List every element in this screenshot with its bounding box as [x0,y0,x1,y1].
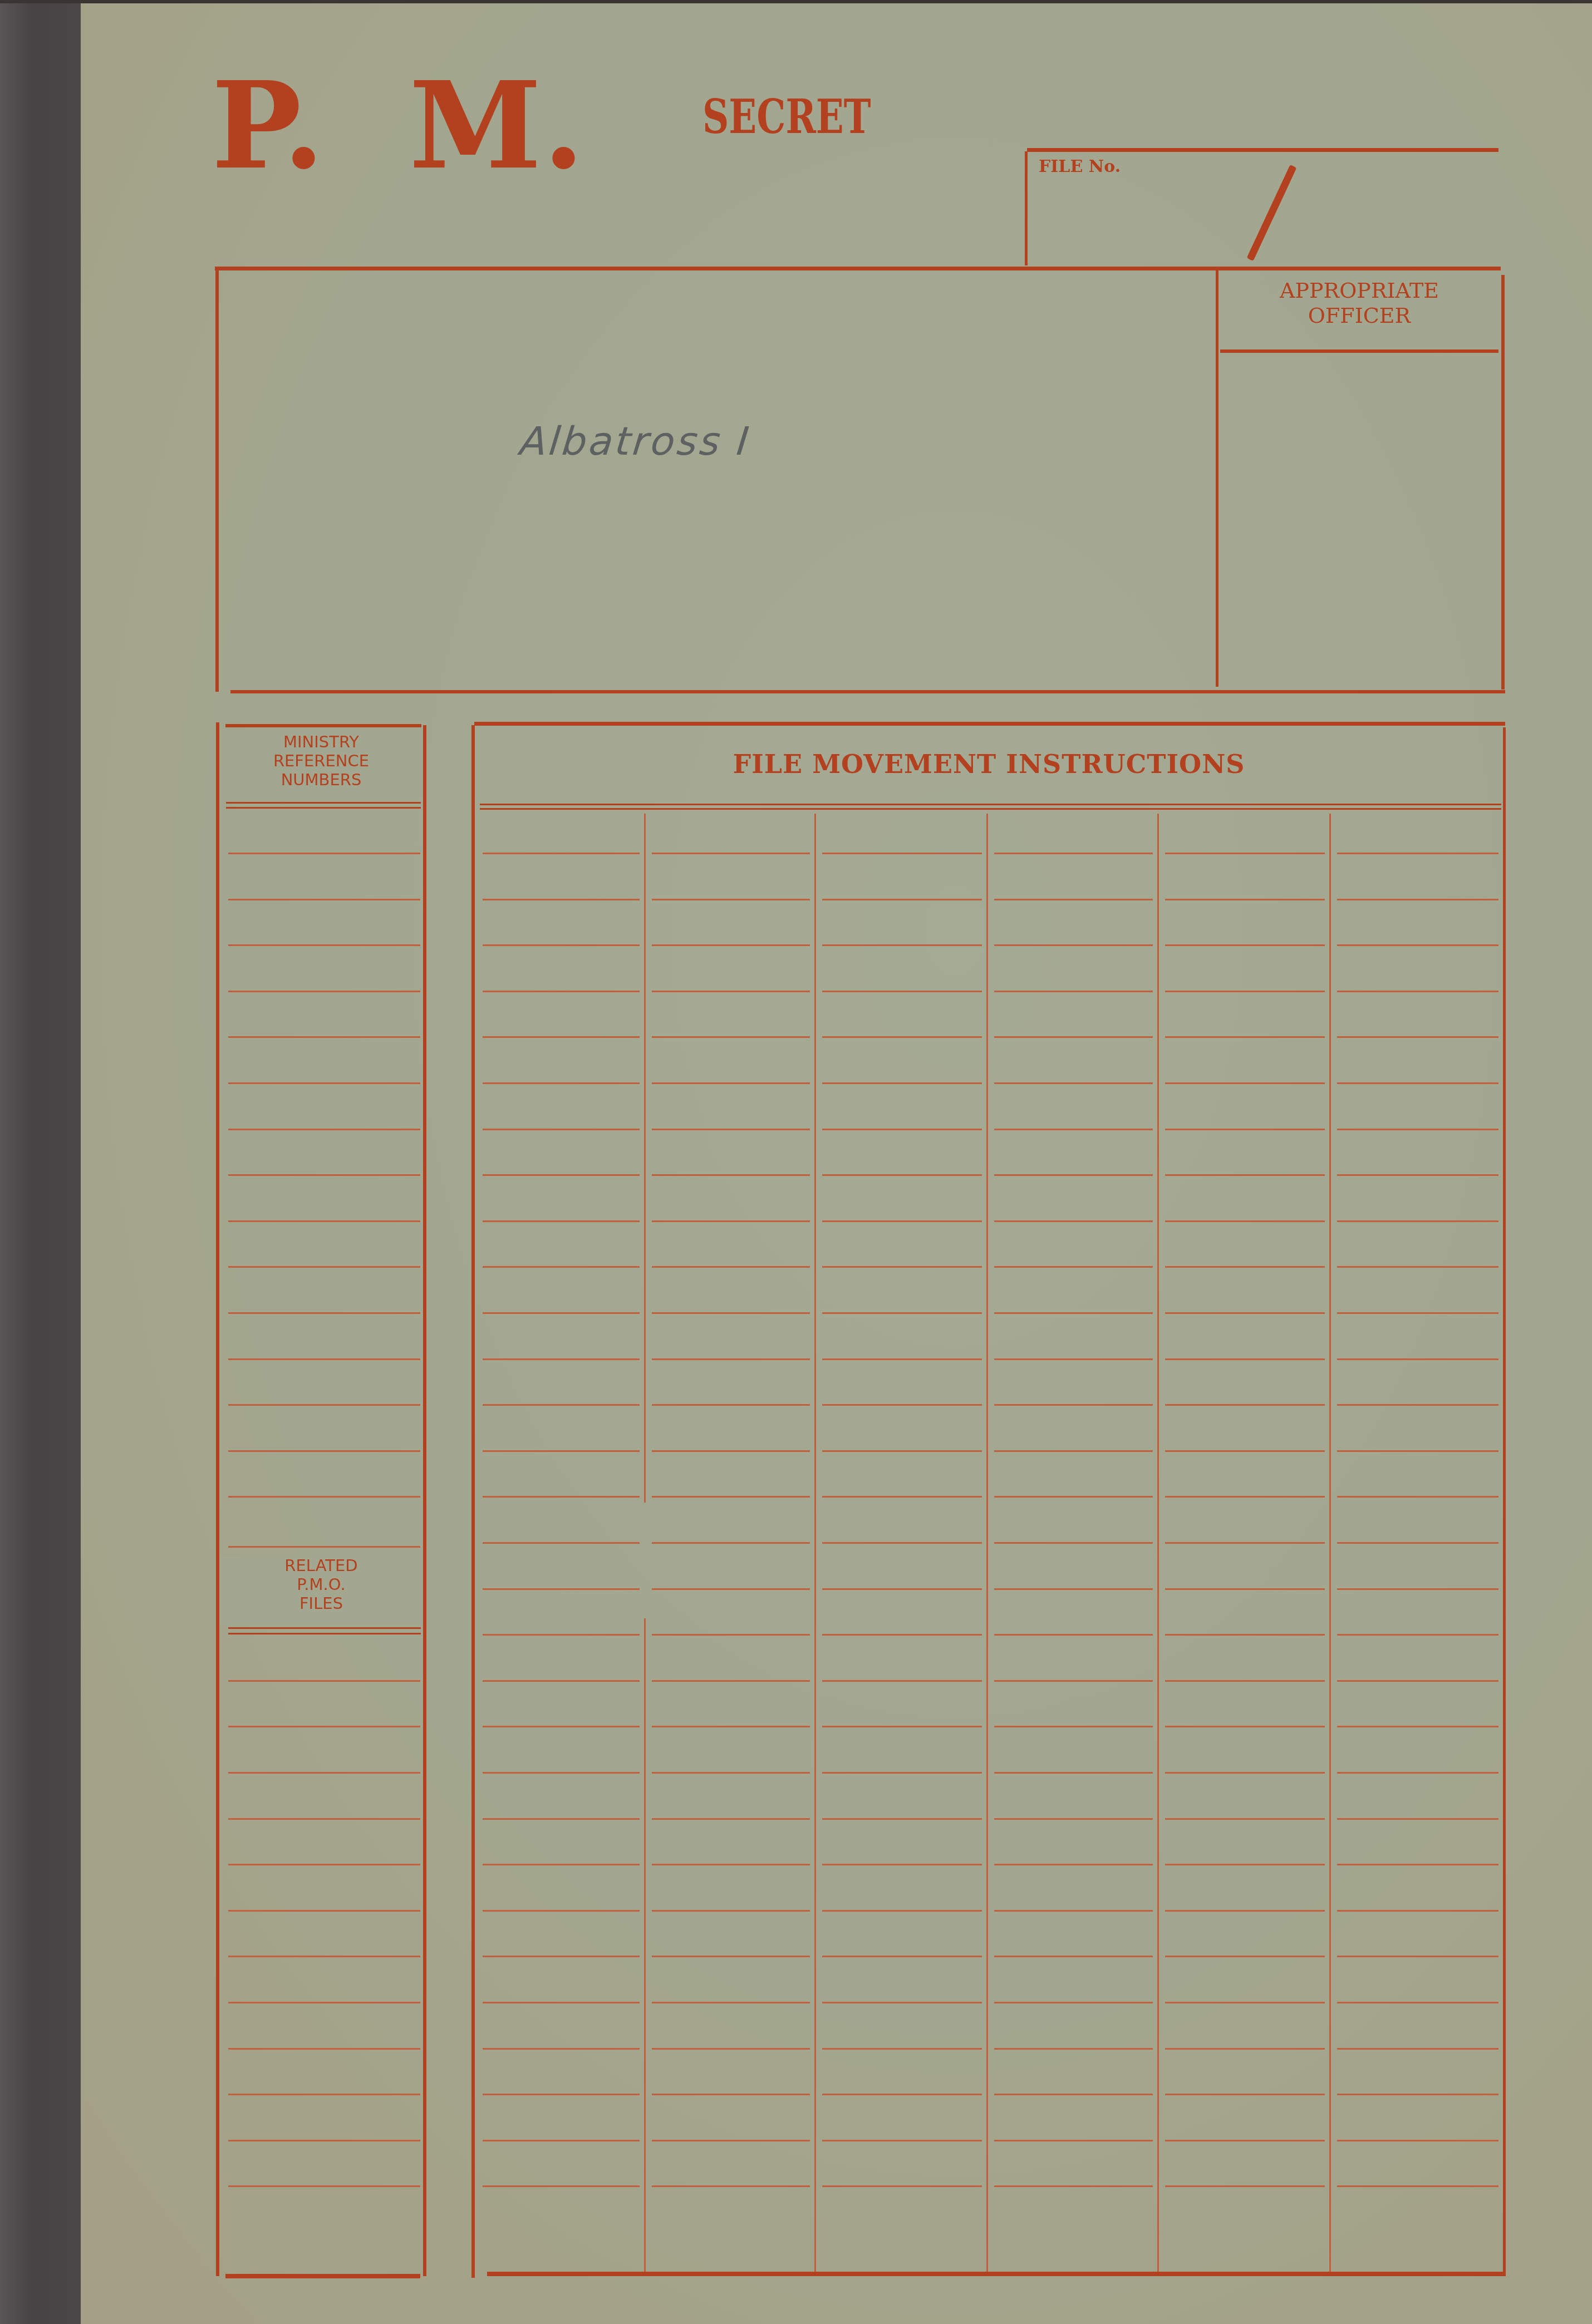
movement-entry-cell[interactable] [818,1774,985,1818]
movement-row-rule [1337,2185,1498,2187]
movement-entry-cell[interactable] [818,1591,985,1634]
movement-entry-cell[interactable] [478,2004,643,2047]
movement-entry-cell[interactable] [1333,1591,1502,1634]
movement-entry-cell[interactable] [1333,2050,1502,2094]
ministry-label-line3: NUMBERS [219,770,423,789]
movement-entry-cell[interactable] [478,1958,643,2001]
movement-entry-cell[interactable] [1333,1728,1502,1771]
movement-row-rule [652,1818,810,1820]
movement-row-rule [1165,1266,1325,1268]
movement-row-rule [994,1036,1153,1038]
movement-row-rule [652,853,810,854]
movement-row-rule [1165,1956,1325,1957]
movement-entry-cell[interactable] [1161,1544,1328,1588]
movement-entry-cell[interactable] [647,1038,813,1082]
movement-row-rule [994,899,1153,900]
movement-entry-cell[interactable] [818,1958,985,2001]
movement-row-rule [652,1496,810,1498]
movement-entry-cell[interactable] [1333,2188,1502,2231]
movement-entry-cell[interactable] [647,1268,813,1312]
ministry-row-rule [228,899,420,900]
movement-row-rule [652,1404,810,1406]
movement-row-rule [652,1772,810,1774]
movement-entry-cell[interactable] [818,1314,985,1358]
movement-entry-cell[interactable] [647,1085,813,1128]
ministry-row-rule [228,1772,420,1774]
movement-entry-cell[interactable] [1333,947,1502,990]
movement-entry-cell[interactable] [478,901,643,944]
movement-entry-cell[interactable] [1161,2050,1328,2094]
movement-entry-cell[interactable] [990,1314,1156,1358]
movement-entry-cell[interactable] [647,2188,813,2231]
movement-entry-cell[interactable] [1161,1268,1328,1312]
movement-entry-cell[interactable] [478,1361,643,1404]
movement-row-rule [994,1358,1153,1360]
movement-entry-cell[interactable] [1333,1820,1502,1864]
movement-row-rule [1337,1312,1498,1314]
movement-row-rule [994,1266,1153,1268]
movement-row-rule [1337,1864,1498,1865]
movement-entry-cell[interactable] [1161,2096,1328,2139]
movement-entry-cell[interactable] [1333,1361,1502,1404]
movement-entry-cell[interactable] [818,2004,985,2047]
movement-entry-cell[interactable] [990,2004,1156,2047]
movement-entry-cell[interactable] [818,1085,985,1128]
movement-entry-cell[interactable] [990,1498,1156,1542]
movement-entry-cell[interactable] [990,855,1156,898]
movement-bottom-rule [487,2272,1503,2276]
movement-entry-cell[interactable] [478,1038,643,1082]
movement-row-rule [994,2140,1153,2141]
movement-entry-cell[interactable] [1333,901,1502,944]
ministry-row-rule [228,2185,420,2187]
movement-row-rule [1337,1450,1498,1452]
movement-entry-cell[interactable] [647,2096,813,2139]
movement-entry-cell[interactable] [990,1774,1156,1818]
movement-entry-cell[interactable] [478,1314,643,1358]
movement-entry-cell[interactable] [478,1636,643,1680]
movement-entry-cell[interactable] [1161,2004,1328,2047]
file-number-left-rule [1025,151,1028,265]
movement-entry-cell[interactable] [1333,1682,1502,1726]
movement-row-rule [652,944,810,946]
appropriate-officer-label: APPROPRIATE OFFICER [1220,278,1498,328]
movement-entry-cell[interactable] [990,1636,1156,1680]
movement-entry-cell[interactable] [1161,1728,1328,1771]
movement-entry-cell[interactable] [1333,855,1502,898]
movement-entry-cell[interactable] [647,813,813,851]
movement-row-rule [1337,853,1498,854]
subject-field[interactable] [220,272,1214,689]
movement-entry-cell[interactable] [647,1728,813,1771]
movement-entry-cell[interactable] [818,901,985,944]
ministry-row-rule [228,1220,420,1222]
movement-entry-cell[interactable] [1161,1866,1328,1909]
movement-entry-cell[interactable] [1161,1498,1328,1542]
movement-row-rule [994,1450,1153,1452]
movement-entry-cell[interactable] [1161,1361,1328,1404]
movement-row-rule [1337,899,1498,900]
movement-entry-cell[interactable] [647,855,813,898]
movement-row-rule [1337,2140,1498,2141]
movement-entry-cell[interactable] [818,1544,985,1588]
movement-column-rule [1329,814,1331,2272]
movement-row-rule [1165,1864,1325,1865]
movement-entry-cell[interactable] [647,2004,813,2047]
movement-entry-cell[interactable] [990,1958,1156,2001]
movement-row-rule [483,1082,640,1084]
movement-entry-cell[interactable] [1333,2142,1502,2185]
ministry-left-rule [216,722,219,2276]
movement-entry-cell[interactable] [1333,1038,1502,1082]
appropriate-officer-field[interactable] [1220,354,1500,688]
movement-entry-cell[interactable] [818,1682,985,1726]
movement-entry-cell[interactable] [1333,1406,1502,1450]
movement-entry-cell[interactable] [647,947,813,990]
movement-entry-cell[interactable] [818,2050,985,2094]
ministry-row-rule [228,1956,420,1957]
movement-entry-cell[interactable] [478,1591,643,1634]
movement-entry-cell[interactable] [990,1452,1156,1496]
movement-row-rule [994,1312,1153,1314]
movement-entry-cell[interactable] [818,1131,985,1174]
movement-entry-cell[interactable] [818,1866,985,1909]
movement-entry-cell[interactable] [478,1085,643,1128]
movement-left-rule [471,725,475,2278]
movement-row-rule [1165,991,1325,992]
handwritten-subject: Albatross I [518,418,753,464]
movement-entry-cell[interactable] [818,1038,985,1082]
movement-entry-cell[interactable] [647,1176,813,1220]
movement-entry-cell[interactable] [647,1544,813,1588]
movement-row-rule [994,853,1153,854]
ministry-row-rule [228,1266,420,1268]
movement-entry-cell[interactable] [1333,1268,1502,1312]
movement-double-rule-a [480,804,1501,805]
movement-entry-cell[interactable] [478,1682,643,1726]
movement-entry-cell[interactable] [818,1820,985,1864]
movement-row-rule [483,1404,640,1406]
classification-label: SECRET [702,93,871,140]
movement-entry-cell[interactable] [647,1131,813,1174]
movement-entry-cell[interactable] [1333,1452,1502,1496]
movement-row-rule [822,1864,982,1865]
movement-entry-cell[interactable] [990,901,1156,944]
movement-entry-cell[interactable] [818,1498,985,1542]
movement-row-rule [1337,1082,1498,1084]
movement-entry-cell[interactable] [1161,1038,1328,1082]
movement-row-rule [652,1542,810,1544]
movement-entry-cell[interactable] [647,1912,813,1956]
movement-entry-cell[interactable] [647,1774,813,1818]
movement-entry-cell[interactable] [818,1223,985,1266]
movement-entry-cell[interactable] [1333,1131,1502,1174]
movement-entry-cell[interactable] [818,1728,985,1771]
movement-entry-cell[interactable] [990,1361,1156,1404]
movement-row-rule [822,1910,982,1912]
ministry-bottom-rule [225,2274,420,2278]
movement-row-rule [483,1910,640,1912]
movement-entry-cell[interactable] [818,813,985,851]
movement-entry-cell[interactable] [478,1912,643,1956]
movement-entry-cell[interactable] [990,1682,1156,1726]
ministry-row-rule [228,991,420,992]
movement-row-rule [652,1634,810,1636]
movement-row-rule [483,2002,640,2003]
appropriate-officer-line2: OFFICER [1220,303,1498,328]
movement-entry-cell[interactable] [990,1406,1156,1450]
movement-entry-cell[interactable] [478,855,643,898]
movement-entry-cell[interactable] [818,1406,985,1450]
movement-row-rule [483,1496,640,1498]
ministry-double-rule-a [226,802,421,804]
movement-entry-cell[interactable] [647,1866,813,1909]
movement-entry-cell[interactable] [818,993,985,1036]
movement-entry-cell[interactable] [1161,993,1328,1036]
top-edge [0,0,1592,3]
movement-column-rule [644,814,646,1503]
movement-entry-cell[interactable] [1161,1774,1328,1818]
movement-entry-cell[interactable] [1333,1085,1502,1128]
movement-entry-cell[interactable] [647,1820,813,1864]
ministry-top-rule [225,724,421,727]
movement-entry-cell[interactable] [818,1912,985,1956]
movement-entry-cell[interactable] [1333,993,1502,1036]
movement-entry-cell[interactable] [990,947,1156,990]
movement-row-rule [1165,1220,1325,1222]
movement-entry-cell[interactable] [990,2142,1156,2185]
movement-right-rule [1503,727,1506,2276]
movement-entry-cell[interactable] [1161,1223,1328,1266]
movement-entry-cell[interactable] [1161,813,1328,851]
movement-entry-cell[interactable] [478,993,643,1036]
movement-row-rule [1337,1680,1498,1682]
movement-entry-cell[interactable] [990,2096,1156,2139]
movement-entry-cell[interactable] [478,1820,643,1864]
subject-box-bottom-rule [230,690,1505,693]
movement-entry-cell[interactable] [990,1866,1156,1909]
related-label-line1: RELATED [219,1556,423,1575]
movement-row-rule [652,1358,810,1360]
movement-entry-cell[interactable] [990,1820,1156,1864]
movement-entry-cell[interactable] [647,1223,813,1266]
movement-entry-cell[interactable] [1161,1820,1328,1864]
movement-row-rule [1337,1726,1498,1727]
movement-row-rule [1337,1129,1498,1130]
movement-row-rule [483,1358,640,1360]
movement-row-rule [1165,2185,1325,2187]
movement-entry-cell[interactable] [818,2188,985,2231]
officer-label-rule [1220,349,1498,353]
movement-entry-cell[interactable] [818,1452,985,1496]
movement-row-rule [652,1864,810,1865]
movement-entry-cell[interactable] [1161,2188,1328,2231]
movement-entry-cell[interactable] [478,1774,643,1818]
movement-entry-cell[interactable] [647,1361,813,1404]
movement-entry-cell[interactable] [990,1728,1156,1771]
binding-spine [0,0,81,2324]
movement-entry-cell[interactable] [1333,1498,1502,1542]
movement-entry-cell[interactable] [990,1912,1156,1956]
movement-row-rule [652,2185,810,2187]
movement-row-rule [1337,1818,1498,1820]
movement-row-rule [1337,1220,1498,1222]
movement-entry-cell[interactable] [478,1406,643,1450]
movement-entry-cell[interactable] [478,1498,643,1542]
file-number-field[interactable] [1030,153,1497,264]
ministry-row-rule [228,2140,420,2141]
movement-entry-cell[interactable] [1161,901,1328,944]
movement-entry-cell[interactable] [647,901,813,944]
movement-entry-cell[interactable] [478,1866,643,1909]
movement-entry-cell[interactable] [1161,1314,1328,1358]
movement-row-rule [1337,1358,1498,1360]
movement-entry-cell[interactable] [1333,1866,1502,1909]
movement-entry-cell[interactable] [1333,1544,1502,1588]
movement-entry-cell[interactable] [990,1544,1156,1588]
related-double-rule-b [228,1633,421,1634]
subject-box-top-rule [215,267,1501,270]
movement-entry-cell[interactable] [818,2142,985,2185]
movement-entry-cell[interactable] [1161,1131,1328,1174]
movement-entry-cell[interactable] [647,1636,813,1680]
movement-entry-cell[interactable] [478,947,643,990]
movement-row-rule [822,899,982,900]
movement-entry-cell[interactable] [818,947,985,990]
movement-entry-cell[interactable] [990,1131,1156,1174]
related-label-line2: P.M.O. [219,1575,423,1594]
movement-entry-cell[interactable] [1333,1774,1502,1818]
movement-entry-cell[interactable] [647,1958,813,2001]
movement-entry-cell[interactable] [990,993,1156,1036]
movement-entry-cell[interactable] [1161,1452,1328,1496]
related-files-label: RELATED P.M.O. FILES [219,1556,423,1626]
movement-entry-cell[interactable] [478,1268,643,1312]
movement-entry-cell[interactable] [818,1268,985,1312]
movement-entry-cell[interactable] [647,1452,813,1496]
movement-entry-cell[interactable] [478,2188,643,2231]
movement-entry-cell[interactable] [647,2142,813,2185]
movement-row-rule [822,1082,982,1084]
movement-row-rule [994,1772,1153,1774]
movement-entry-cell[interactable] [818,1361,985,1404]
movement-entry-cell[interactable] [1161,1636,1328,1680]
movement-entry-cell[interactable] [647,2050,813,2094]
movement-entry-cell[interactable] [478,1223,643,1266]
movement-entry-cell[interactable] [990,1223,1156,1266]
movement-entry-cell[interactable] [1333,1958,1502,2001]
movement-entry-cell[interactable] [647,1591,813,1634]
movement-entry-cell[interactable] [990,813,1156,851]
movement-row-rule [1165,1174,1325,1176]
movement-entry-cell[interactable] [478,2050,643,2094]
movement-row-rule [1337,1910,1498,1912]
movement-row-rule [483,1174,640,1176]
movement-entry-cell[interactable] [1333,2004,1502,2047]
movement-entry-cell[interactable] [478,2142,643,2185]
movement-entry-cell[interactable] [1333,2096,1502,2139]
movement-row-rule [652,1312,810,1314]
movement-row-rule [483,1634,640,1636]
movement-row-rule [1165,1036,1325,1038]
movement-entry-cell[interactable] [1333,1912,1502,1956]
movement-row-rule [1165,2094,1325,2095]
movement-entry-cell[interactable] [1333,1223,1502,1266]
movement-entry-cell[interactable] [1333,1636,1502,1680]
movement-entry-cell[interactable] [1333,813,1502,851]
movement-row-rule [483,991,640,992]
movement-entry-cell[interactable] [990,2188,1156,2231]
movement-entry-cell[interactable] [990,2050,1156,2094]
movement-entry-cell[interactable] [478,813,643,851]
movement-entry-cell[interactable] [647,1682,813,1726]
movement-row-rule [652,991,810,992]
movement-entry-cell[interactable] [647,1406,813,1450]
movement-row-rule [822,1129,982,1130]
movement-row-rule [652,1129,810,1130]
ministry-row-rule [228,1496,420,1498]
file-number-top-rule [1027,148,1498,152]
movement-row-rule [822,1772,982,1774]
movement-entry-cell[interactable] [1161,855,1328,898]
movement-entry-cell[interactable] [647,1314,813,1358]
movement-entry-cell[interactable] [990,1176,1156,1220]
movement-entry-cell[interactable] [1161,947,1328,990]
movement-row-rule [483,1450,640,1452]
pm-letter-m: M. [409,66,586,185]
movement-entry-cell[interactable] [1333,1314,1502,1358]
movement-row-rule [652,2140,810,2141]
movement-entry-cell[interactable] [990,1268,1156,1312]
movement-entry-cell[interactable] [478,2096,643,2139]
movement-entry-cell[interactable] [990,1591,1156,1634]
movement-entry-cell[interactable] [1161,1176,1328,1220]
movement-entry-cell[interactable] [1161,1591,1328,1634]
movement-entry-cell[interactable] [818,1176,985,1220]
movement-row-rule [652,1956,810,1957]
movement-entry-cell[interactable] [818,855,985,898]
movement-row-rule [1337,2048,1498,2050]
movement-entry-cell[interactable] [647,1498,813,1542]
movement-entry-cell[interactable] [818,2096,985,2139]
movement-entry-cell[interactable] [478,1544,643,1588]
movement-entry-cell[interactable] [1161,1406,1328,1450]
movement-entry-cell[interactable] [478,1176,643,1220]
movement-row-rule [652,2094,810,2095]
ministry-row-rule [228,1450,420,1452]
movement-entry-cell[interactable] [1333,1176,1502,1220]
movement-row-rule [994,1910,1153,1912]
movement-column-rule [1157,814,1159,2272]
movement-entry-cell[interactable] [1161,1085,1328,1128]
movement-entry-cell[interactable] [647,993,813,1036]
movement-entry-cell[interactable] [1161,1958,1328,2001]
movement-entry-cell[interactable] [478,1728,643,1771]
movement-entry-cell[interactable] [478,1131,643,1174]
movement-entry-cell[interactable] [818,1636,985,1680]
movement-entry-cell[interactable] [1161,2142,1328,2185]
movement-entry-cell[interactable] [990,1085,1156,1128]
movement-entry-cell[interactable] [1161,1682,1328,1726]
movement-entry-cell[interactable] [478,1452,643,1496]
movement-entry-cell[interactable] [1161,1912,1328,1956]
ministry-row-rule [228,1082,420,1084]
movement-entry-cell[interactable] [990,1038,1156,1082]
movement-row-rule [994,1680,1153,1682]
movement-row-rule [483,2185,640,2187]
movement-row-rule [822,2185,982,2187]
movement-row-rule [822,1450,982,1452]
